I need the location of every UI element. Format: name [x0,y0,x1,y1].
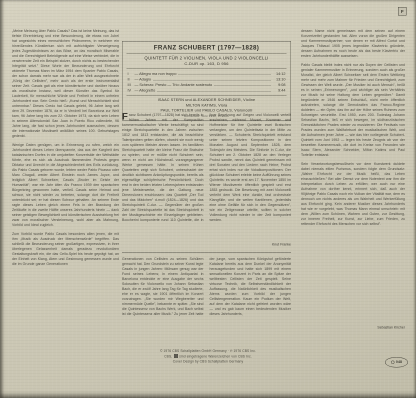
dotted-leader [214,86,270,87]
movement-title: — Allegretto [135,88,158,94]
movement-duration: 9:44 [273,88,286,94]
dotted-leader [157,91,270,92]
trademark-suffix: sind eingetragene Warenzeichen von CBS I… [179,355,252,359]
liner-notes-right-column: dessen Name nicht gemeinsam mit dem sein… [301,29,405,227]
section-divider-rule [122,252,291,253]
trademark-prefix: CBS, [164,355,172,359]
dotted-leader [153,80,271,81]
work-subtitle: C-DUR op. 163, D 956 [127,62,287,69]
stamp-ring-icon [391,361,395,365]
left-column-paragraph-1: „Meine Meinung über Pablo Casals? Das is… [12,29,119,139]
movement-list: I — Allegro ma non troppo 14:12 II — Ada… [128,71,286,93]
casals-essay-continued: Generationen von Cellisten zu seinen Sch… [122,257,291,317]
performer-credits: ISAAC STERN und ALEXANDER SCHNEIDER, Vio… [127,95,287,113]
liner-notes-left-column: „Meine Meinung über Pablo Casals? Das is… [12,29,119,267]
footer: © 1976 CBS Schallplatten GmbH Germany · … [0,349,416,364]
album-back-cover: F „Meine Meinung über Pablo Casals? Das … [0,0,416,398]
stamp-number: 048 [396,361,402,365]
price-code-box: F [398,7,407,16]
composer-title: FRANZ SCHUBERT (1797—1828) [127,44,287,54]
movement-numeral: IV [128,88,135,94]
schubert-essay: Franz Schubert (1797—1828) hat sich bere… [122,113,291,223]
right-column-paragraph-2: Pablo Casals bleibt indes nicht nur als … [301,63,405,158]
casals-essay-signature: Sebastian Kircher [301,326,405,330]
title-box: FRANZ SCHUBERT (1797—1828) QUINTETT FÜR … [122,41,291,120]
schubert-essay-text: Franz Schubert (1797—1828) hat sich bere… [122,113,291,223]
cbs-eye-logo-icon [174,354,178,358]
right-column-paragraph-1: dessen Name nicht gemeinsam mit dem sein… [301,29,405,59]
left-column-paragraph-3: Zum Vorbild wurde Pablo Casals besonders… [12,232,119,267]
pressing-stamp: 048 [385,357,408,368]
cover-artwork: F „Meine Meinung über Pablo Casals? Das … [0,0,416,398]
price-code-letter: F [401,9,404,14]
design-credit-line: Cover Design by CBS Schallplatten German… [0,359,416,364]
right-column-paragraph-3: Sein Verantwortungsbewußtsein vor dem Ku… [301,162,405,227]
schubert-essay-signature: Knut Franke [208,243,291,247]
dotted-leader [179,75,271,76]
left-column-paragraph-2: Wenige Daten genügen, um in Erinnerung z… [12,143,119,228]
casals-continued-text: Generationen von Cellisten zu seinen Sch… [122,257,291,317]
work-title: QUINTETT FÜR 2 VIOLINEN, VIOLA UND 2 VIO… [127,56,287,61]
movement-row: IV — Allegretto 9:44 [128,88,286,94]
